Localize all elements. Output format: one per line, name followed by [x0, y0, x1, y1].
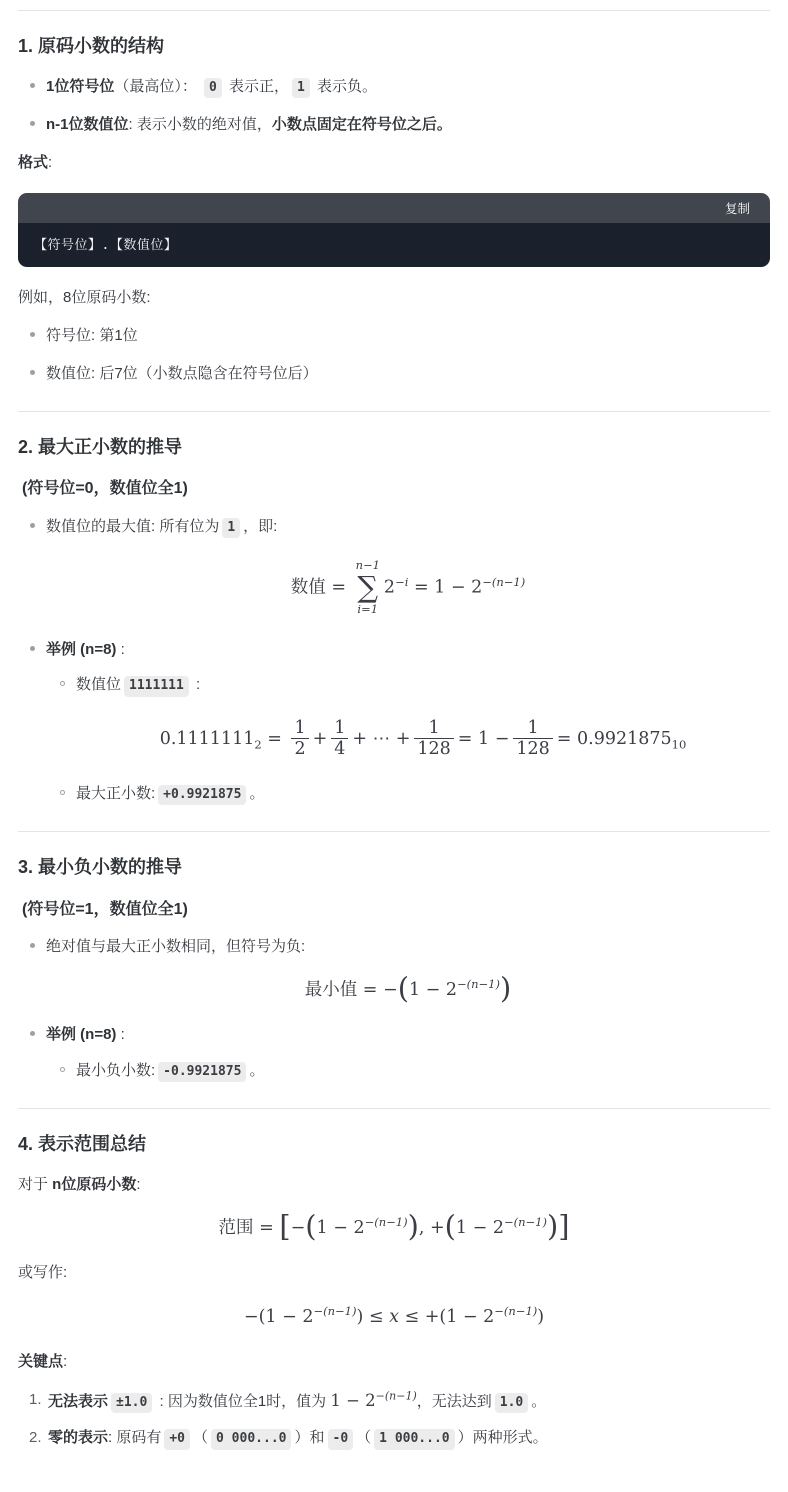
- inline-code: 0: [204, 78, 222, 98]
- math-text: = 1 − 2: [408, 578, 482, 598]
- numerator: 1: [331, 718, 348, 738]
- section-1-heading: 1. 原码小数的结构: [18, 34, 770, 58]
- inline-code: 1 000...0: [374, 1429, 454, 1449]
- bold-text: 举例 (n=8): [46, 1026, 116, 1043]
- big-paren: ): [500, 971, 511, 1005]
- big-paren: (: [398, 971, 409, 1005]
- math-text: 数值: [291, 578, 326, 598]
- divider: [18, 1108, 770, 1109]
- list-item: 数值位: 后7位（小数点隐含在符号位后）: [46, 362, 770, 385]
- list-number: 2.: [29, 1426, 42, 1449]
- inline-code: 1111111: [124, 676, 189, 696]
- formula-inequality: −(1 − 2−(n−1)) ≤ x ≤ +(1 − 2−(n−1)): [18, 1307, 770, 1328]
- big-paren: ): [408, 1209, 419, 1243]
- math-text: −(1 − 2: [244, 1307, 314, 1327]
- list-item: 数值位1111111 : 0.11111112 = 12+14+ ⋯ +1128…: [76, 673, 770, 760]
- list-item: 最大正小数:+0.9921875。: [76, 782, 770, 805]
- inline-code: 0 000...0: [211, 1429, 291, 1449]
- inline-code: ±1.0: [111, 1393, 152, 1413]
- section-1-list: 1位符号位（最高位）： 0 表示正，1 表示负。 n-1位数值位: 表示小数的绝…: [18, 75, 770, 136]
- math-text: ) ≤: [356, 1307, 389, 1327]
- formula-binary-expansion: 0.11111112 = 12+14+ ⋯ +1128= 1 −1128= 0.…: [76, 719, 770, 760]
- math-subscript: 10: [672, 737, 687, 751]
- text: ，即:: [243, 518, 277, 535]
- inline-code: 1: [222, 518, 240, 538]
- math-text: 0.1111111: [160, 729, 255, 749]
- list-item: 举例 (n=8) : 最小负小数:-0.9921875。: [46, 1023, 770, 1082]
- math-text: 范围: [219, 1218, 254, 1238]
- math-text: 1 − 2: [330, 1391, 375, 1410]
- big-paren: (: [445, 1209, 456, 1243]
- inline-code: 1.0: [495, 1393, 528, 1413]
- code-block-header: 复制: [18, 193, 770, 223]
- math-text: ,: [419, 1218, 430, 1238]
- text: : 表示小数的绝对值，: [129, 116, 272, 133]
- section-3-heading: 3. 最小负小数的推导: [18, 855, 770, 879]
- math-exponent: −(n−1): [504, 1216, 547, 1230]
- text: 。: [249, 785, 264, 802]
- bold-text: 1位符号位: [46, 78, 114, 95]
- list-item: 数值位的最大值: 所有位为1，即: 数值 = n−1∑i=12−i = 1 − …: [46, 515, 770, 617]
- paragraph: 对于 n位原码小数:: [18, 1173, 770, 1196]
- list-item: n-1位数值位: 表示小数的绝对值，小数点固定在符号位之后。: [46, 113, 770, 136]
- math-text: +: [313, 729, 328, 749]
- text: :: [116, 1026, 124, 1043]
- math-exponent: −(n−1): [376, 1389, 417, 1402]
- math-text: = −: [357, 980, 397, 1000]
- numerator: 1: [513, 718, 552, 738]
- bold-text: 关键点: [18, 1353, 63, 1370]
- math-text: =: [262, 729, 288, 749]
- formula-range: 范围 = [−(1 − 2−(n−1)), +(1 − 2−(n−1))]: [18, 1218, 770, 1239]
- math-text: =: [557, 729, 577, 749]
- inline-code: +0.9921875: [158, 785, 246, 805]
- text: 绝对值与最大正小数相同，但符号为负:: [46, 938, 305, 955]
- text: 表示正，: [225, 78, 289, 95]
- code-block: 复制 【符号位】.【数值位】: [18, 193, 770, 267]
- math-exponent: −(n−1): [313, 1304, 356, 1318]
- math-text: + ⋯ +: [352, 729, 410, 749]
- sublist: 数值位1111111 : 0.11111112 = 12+14+ ⋯ +1128…: [46, 673, 770, 805]
- fraction: 12: [291, 718, 308, 759]
- sigma-icon: ∑: [357, 573, 378, 602]
- text: （: [356, 1429, 371, 1446]
- sum-lower-limit: i=1: [357, 603, 378, 616]
- text: 数值位的最大值: 所有位为: [46, 518, 219, 535]
- divider: [18, 10, 770, 11]
- math-text: 最小值: [305, 980, 358, 1000]
- bold-text: 小数点固定在符号位之后。: [272, 116, 452, 133]
- section-3-list: 绝对值与最大正小数相同，但符号为负: 最小值 = −(1 − 2−(n−1)) …: [18, 935, 770, 1082]
- text: 。: [249, 1062, 264, 1079]
- math-exponent: −(n−1): [494, 1304, 537, 1318]
- ordered-list-item: 2.零的表示: 原码有+0（0 000...0）和-0（1 000...0）两种…: [48, 1426, 770, 1449]
- fraction: 1128: [414, 718, 453, 759]
- list-item: 绝对值与最大正小数相同，但符号为负: 最小值 = −(1 − 2−(n−1)): [46, 935, 770, 1001]
- math-text: +: [430, 1218, 445, 1238]
- text: :: [48, 154, 52, 171]
- list-item: 1位符号位（最高位）： 0 表示正，1 表示负。: [46, 75, 770, 98]
- format-label: 格式:: [18, 151, 770, 174]
- text: :: [192, 676, 200, 693]
- math-exponent: −(n−1): [457, 978, 500, 992]
- section-2-heading: 2. 最大正小数的推导: [18, 435, 770, 459]
- bold-text: 无法表示: [48, 1393, 108, 1410]
- section-4-heading: 4. 表示范围总结: [18, 1132, 770, 1156]
- formula-min-value: 最小值 = −(1 − 2−(n−1)): [46, 980, 770, 1001]
- math-subscript: 2: [254, 737, 261, 751]
- text: （最高位）：: [114, 78, 201, 95]
- section-2-subheading: (符号位=0，数值位全1): [22, 478, 770, 500]
- big-bracket: [: [279, 1209, 290, 1243]
- section-3-subheading: (符号位=1，数值位全1): [22, 899, 770, 921]
- text: :: [63, 1353, 67, 1370]
- math-text: =: [326, 578, 352, 598]
- math-variable: x: [389, 1307, 399, 1327]
- formula-max-value-sum: 数值 = n−1∑i=12−i = 1 − 2−(n−1): [46, 560, 770, 616]
- key-points-list: 1.无法表示±1.0 : 因为数值位全1时，值为 1 − 2−(n−1)，无法达…: [18, 1388, 770, 1450]
- math-text: 2: [384, 578, 395, 598]
- text: ）和: [294, 1429, 324, 1446]
- inline-math: 1 − 2−(n−1): [330, 1391, 416, 1410]
- text: : 原码有: [108, 1429, 161, 1446]
- text: :: [136, 1176, 140, 1193]
- bold-text: n-1位数值位: [46, 116, 129, 133]
- text: ，无法达到: [417, 1393, 492, 1410]
- inline-code: +0: [164, 1429, 190, 1449]
- bold-text: 零的表示: [48, 1429, 108, 1446]
- denominator: 128: [414, 738, 453, 759]
- inline-code: -0: [328, 1429, 354, 1449]
- text: 对于: [18, 1176, 52, 1193]
- denominator: 4: [331, 738, 348, 759]
- numerator: 1: [414, 718, 453, 738]
- bold-text: 格式: [18, 154, 48, 171]
- text: 数值位: [76, 676, 121, 693]
- math-exponent: −(n−1): [482, 575, 525, 589]
- code-line: 【符号位】.【数值位】: [34, 238, 177, 253]
- list-item: 符号位: 第1位: [46, 324, 770, 347]
- divider: [18, 831, 770, 832]
- bold-text: n位原码小数: [52, 1176, 136, 1193]
- text: ）两种形式。: [458, 1429, 548, 1446]
- key-points-label: 关键点:: [18, 1350, 770, 1373]
- text: 最小负小数:: [76, 1062, 155, 1079]
- text: （: [193, 1429, 208, 1446]
- math-exponent: −i: [395, 575, 408, 589]
- math-exponent: −(n−1): [365, 1216, 408, 1230]
- copy-button[interactable]: 复制: [719, 198, 756, 218]
- ordered-list-item: 1.无法表示±1.0 : 因为数值位全1时，值为 1 − 2−(n−1)，无法达…: [48, 1388, 770, 1414]
- markdown-content: 1. 原码小数的结构 1位符号位（最高位）： 0 表示正，1 表示负。 n-1位…: [0, 10, 788, 1492]
- summation-symbol: n−1∑i=1: [356, 559, 380, 615]
- denominator: 128: [513, 738, 552, 759]
- text: 表示负。: [313, 78, 377, 95]
- divider: [18, 411, 770, 412]
- denominator: 2: [291, 738, 308, 759]
- math-text: ≤ +(1 − 2: [399, 1307, 494, 1327]
- math-text: ): [537, 1307, 544, 1327]
- math-text: 0.9921875: [577, 729, 672, 749]
- sublist: 最小负小数:-0.9921875。: [46, 1059, 770, 1082]
- text: : 因为数值位全1时，值为: [155, 1393, 330, 1410]
- text: 。: [531, 1393, 546, 1410]
- section-2-list: 数值位的最大值: 所有位为1，即: 数值 = n−1∑i=12−i = 1 − …: [18, 515, 770, 806]
- paragraph: 或写作:: [18, 1261, 770, 1284]
- bold-text: 举例 (n=8): [46, 641, 116, 658]
- example-list: 符号位: 第1位 数值位: 后7位（小数点隐含在符号位后）: [18, 324, 770, 385]
- list-item: 最小负小数:-0.9921875。: [76, 1059, 770, 1082]
- math-text: 1 − 2: [409, 980, 457, 1000]
- text: 最大正小数:: [76, 785, 155, 802]
- big-paren: ): [547, 1209, 558, 1243]
- big-paren: (: [305, 1209, 316, 1243]
- math-text: =: [254, 1218, 280, 1238]
- big-bracket: ]: [558, 1209, 569, 1243]
- text: :: [116, 641, 124, 658]
- code-block-body: 【符号位】.【数值位】: [18, 223, 770, 267]
- numerator: 1: [291, 718, 308, 738]
- math-text: −: [291, 1218, 306, 1238]
- list-item: 举例 (n=8) : 数值位1111111 : 0.11111112 = 12+…: [46, 638, 770, 805]
- inline-code: -0.9921875: [158, 1062, 246, 1082]
- math-text: = 1 −: [458, 729, 510, 749]
- inline-code: 1: [292, 78, 310, 98]
- fraction: 1128: [513, 718, 552, 759]
- list-number: 1.: [29, 1388, 42, 1411]
- math-text: 1 − 2: [317, 1218, 365, 1238]
- example-intro: 例如，8位原码小数:: [18, 286, 770, 309]
- fraction: 14: [331, 718, 348, 759]
- math-text: 1 − 2: [456, 1218, 504, 1238]
